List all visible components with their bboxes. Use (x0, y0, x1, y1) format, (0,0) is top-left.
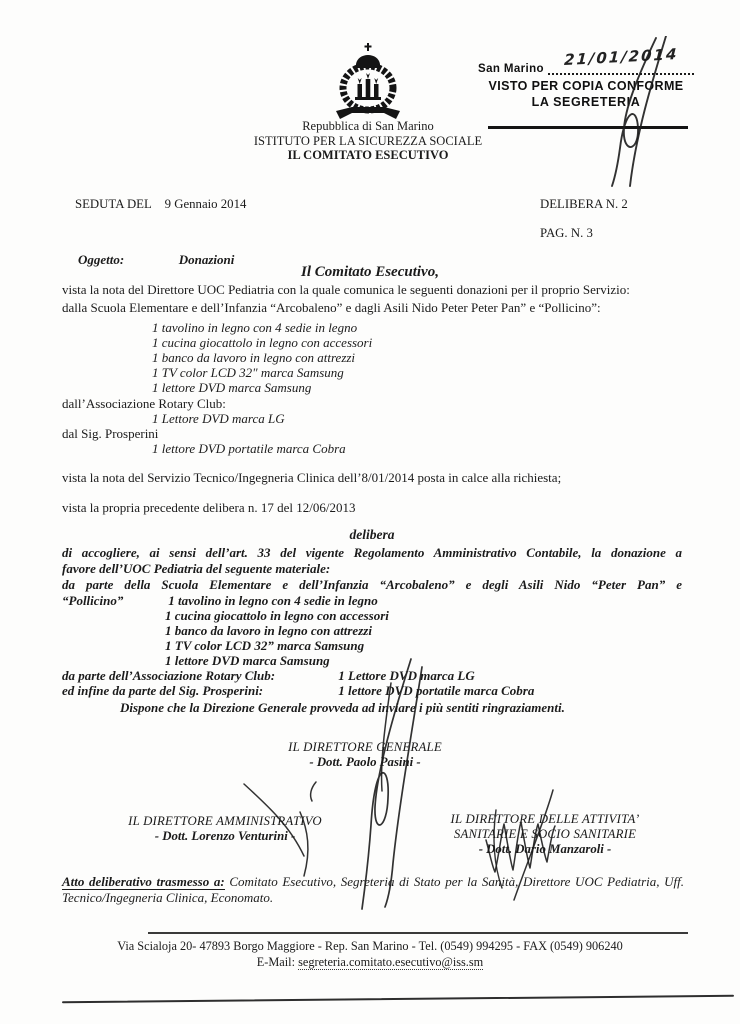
footer-address: Via Scialoja 20- 47893 Borgo Maggiore - … (60, 939, 680, 954)
transmission-label: Atto deliberativo trasmesso a: (62, 874, 225, 890)
scan-artifact-line (62, 995, 734, 1003)
stamp-place-label: San Marino (478, 63, 544, 75)
delibera-heading: delibera (62, 527, 682, 543)
prosperini-label: dal Sig. Prosperini (62, 426, 682, 442)
session-date: SEDUTA DEL 9 Gennaio 2014 (75, 197, 246, 212)
donation-item: 1 lettore DVD marca Samsung (62, 380, 740, 396)
paragraph-servizio: vista la nota del Servizio Tecnico/Ingeg… (62, 470, 682, 486)
footer-email: segreteria.comitato.esecutivo@iss.sm (298, 955, 483, 970)
body-heading: Il Comitato Esecutivo, (0, 264, 740, 281)
letterhead-committee: IL COMITATO ESECUTIVO (208, 148, 528, 163)
delibera-line: di accogliere, ai sensi dell’art. 33 del… (62, 545, 682, 561)
paragraph-direttore: vista la nota del Direttore UOC Pediatri… (62, 282, 682, 298)
san-marino-coat-of-arms-icon (322, 42, 414, 122)
letterhead-institute: ISTITUTO PER LA SICUREZZA SOCIALE (208, 134, 528, 149)
secretary-signature-icon (592, 36, 672, 188)
donation-item: 1 tavolino in legno con 4 sedie in legno (62, 320, 740, 336)
footer-email-label: E-Mail: (257, 955, 295, 969)
donation-item: 1 banco da lavoro in legno con attrezzi (62, 350, 740, 366)
scanned-document-page: Repubblica di San Marino ISTITUTO PER LA… (0, 0, 740, 1024)
delibera-line: favore dell’UOC Pediatria del seguente m… (62, 561, 682, 577)
pollicino-row: “Pollicino” 1 tavolino in legno con 4 se… (62, 593, 682, 609)
donation-item: 1 cucina giocattolo in legno con accesso… (62, 335, 740, 351)
delibera-number: DELIBERA N. 2 (540, 197, 628, 212)
rotary-label: dall’Associazione Rotary Club: (62, 396, 682, 412)
pollicino-label: “Pollicino” (62, 593, 165, 609)
letterhead: Repubblica di San Marino ISTITUTO PER LA… (208, 119, 528, 163)
footer-rule (148, 932, 688, 934)
donation-item: 1 tavolino in legno con 4 sedie in legno (168, 593, 377, 608)
rotary-line-label: da parte dell’Associazione Rotary Club: (62, 668, 335, 684)
paragraph-scuola: dalla Scuola Elementare e dell’Infanzia … (62, 300, 682, 316)
session-date-value: 9 Gennaio 2014 (165, 197, 247, 211)
letterhead-state: Repubblica di San Marino (208, 119, 528, 134)
paragraph-precedente: vista la propria precedente delibera n. … (62, 500, 682, 516)
donation-item: 1 TV color LCD 32” marca Samsung (62, 638, 740, 654)
donation-item: 1 cucina giocattolo in legno con accesso… (62, 608, 740, 624)
administrative-director-signature-icon (238, 778, 358, 878)
session-date-label: SEDUTA DEL (75, 197, 152, 211)
donation-item: 1 TV color LCD 32" marca Samsung (62, 365, 740, 381)
donation-item: 1 Lettore DVD marca LG (62, 411, 740, 427)
delibera-line: da parte della Scuola Elementare e dell’… (62, 577, 682, 593)
donation-item: 1 banco da lavoro in legno con attrezzi (62, 623, 740, 639)
donation-item: 1 lettore DVD portatile marca Cobra (62, 441, 740, 457)
prosperini-line-label: ed infine da parte del Sig. Prosperini: (62, 683, 335, 699)
page-number: PAG. N. 3 (540, 226, 593, 241)
footer-email-line: E-Mail: segreteria.comitato.esecutivo@is… (60, 955, 680, 970)
transmission-note: Atto deliberativo trasmesso a: Comitato … (62, 874, 684, 905)
